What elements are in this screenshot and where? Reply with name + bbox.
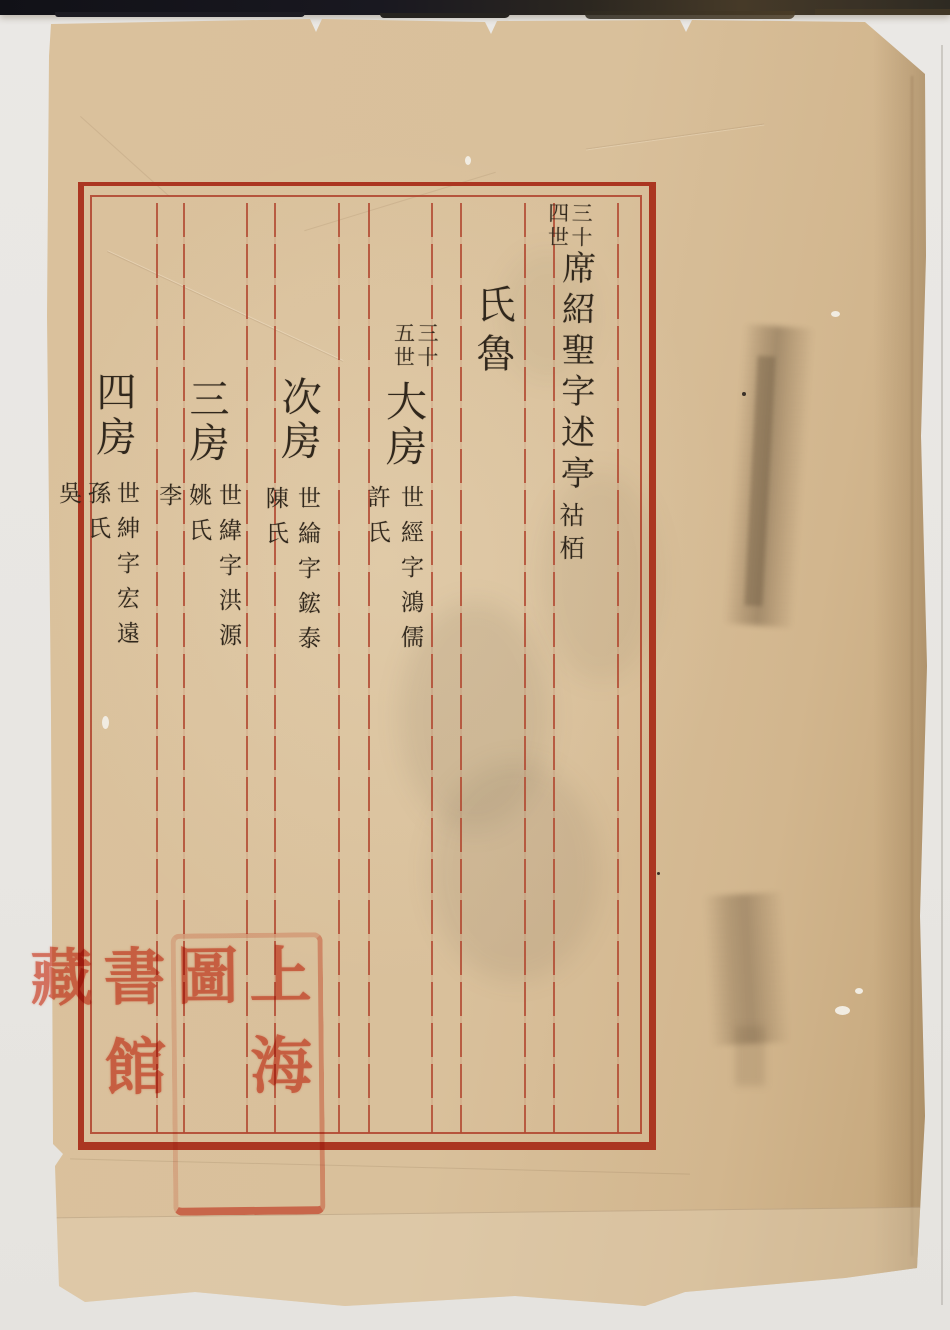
branch-label-fourth: 四房 — [85, 371, 142, 461]
paper-speck — [855, 988, 863, 994]
seal-text: 上海圖 書館藏 — [20, 942, 315, 1209]
paper-speck — [465, 156, 471, 165]
column-rule — [524, 203, 526, 1133]
column-rule — [460, 203, 462, 1133]
library-seal: 上海圖 書館藏 — [171, 932, 326, 1216]
page-curl-crease — [911, 76, 913, 1256]
paper-stain-lower — [703, 892, 791, 1046]
scanner-edge-line — [941, 45, 943, 1305]
ink-fleck — [657, 872, 660, 875]
branch-label-first: 大房 — [374, 380, 433, 470]
paper-speck — [835, 1006, 850, 1015]
branch-label-third: 三房 — [178, 378, 235, 466]
paper-stain-lower-tail — [735, 1026, 765, 1086]
column-rule — [338, 203, 340, 1133]
ancestor-name-column: 席紹聖字述亭 — [550, 250, 601, 496]
generation-header-34: 三十 四世 — [545, 202, 593, 250]
generation-header-35: 三十 五世 — [391, 322, 438, 370]
branch-members-first: 世經字鴻儒 許氏 — [359, 485, 426, 660]
branch-members-second: 世綸字鋐泰 陳氏 — [259, 486, 323, 661]
bottom-fold-band — [44, 1207, 938, 1319]
book-cover-strip — [0, 0, 950, 15]
ancestor-name-note: 祜栢 — [552, 502, 588, 568]
branch-members-third: 世緯字洪源 姚氏 李 — [152, 483, 242, 658]
scanned-genealogy-page: { "page": { "entries": [ { "generation":… — [0, 0, 950, 1330]
spouse-surname-column: 氏魯 — [464, 284, 520, 382]
ink-fleck — [742, 392, 746, 396]
cover-strip-fragment — [585, 11, 795, 19]
column-rule — [368, 203, 370, 1133]
paper-speck — [831, 311, 840, 317]
branch-members-fourth: 世紳字宏遠 孫氏 吳 — [53, 481, 140, 656]
cover-strip-fragment — [815, 9, 950, 15]
paper-crease — [586, 123, 764, 149]
cover-strip-fragment — [55, 12, 305, 17]
branch-label-second: 次房 — [270, 376, 328, 464]
page-edge-shadow — [873, 16, 928, 1286]
column-rule — [617, 203, 619, 1133]
cover-strip-fragment — [380, 13, 510, 18]
